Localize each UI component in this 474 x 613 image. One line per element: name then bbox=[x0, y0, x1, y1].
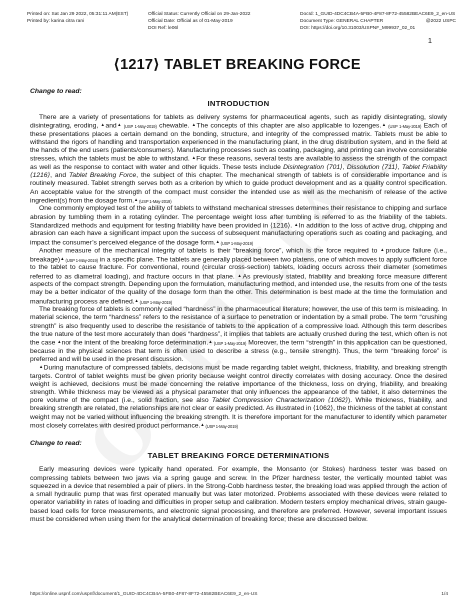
text-segment: The concepts of this chapter are also ap… bbox=[197, 123, 382, 130]
paragraph: There are a variety of presentations for… bbox=[30, 114, 447, 205]
printed-by-line: Printed by: karina citra rani bbox=[27, 18, 148, 25]
footer-url: https://online.uspnf.com/uspnf/document/… bbox=[30, 592, 257, 597]
document-body: Change to read:INTRODUCTIONThere are a v… bbox=[30, 88, 447, 524]
header-print-info: Printed on: Sat Jan 29 2022, 05:31:11 AM… bbox=[27, 11, 148, 46]
text-segment: and bbox=[105, 123, 116, 130]
page-number: 1 bbox=[300, 35, 456, 46]
text-segment: Tablet Breaking Force bbox=[69, 172, 136, 179]
footer-page-indicator: 1/4 bbox=[441, 592, 448, 597]
paragraph: Early measuring devices were typically h… bbox=[30, 466, 447, 524]
paragraph: ▲During manufacture of compressed tablet… bbox=[30, 364, 447, 430]
text-segment: , and bbox=[50, 172, 69, 179]
paragraph: The breaking force of tablets is commonl… bbox=[30, 306, 447, 364]
revision-citation: (USP 1-May-2019) bbox=[139, 299, 172, 304]
text-segment: Disintegration ⟨701⟩ bbox=[283, 164, 343, 171]
text-segment: Tablet Compression Characterization ⟨106… bbox=[212, 397, 348, 404]
official-date-line: Official Date: Official as of 01-May-201… bbox=[148, 18, 300, 25]
text-segment: Dissolution ⟨711⟩ bbox=[347, 164, 398, 171]
header-official-info: Official Status: Currently Official on 2… bbox=[148, 11, 300, 46]
section-heading: TABLET BREAKING FORCE DETERMINATIONS bbox=[30, 451, 447, 460]
revision-citation: (USP 1-May-2019) bbox=[387, 124, 422, 129]
doi-line: DOI: https://doi.org/10.31003/USPNF_M999… bbox=[300, 25, 456, 32]
revision-citation: (USP 1-May-2019) bbox=[213, 341, 247, 346]
section-heading: INTRODUCTION bbox=[30, 99, 447, 108]
text-segment: Another measure of the mechanical integr… bbox=[39, 248, 380, 255]
header-doc-info: DocId: 1_GUID-4DC4CB4A-5FB0-4F87-8F72-45… bbox=[300, 11, 456, 46]
chapter-title: ⟨1217⟩ TABLET BREAKING FORCE bbox=[0, 57, 474, 73]
paragraph: One commonly employed test of the abilit… bbox=[30, 205, 447, 247]
doc-type-row: Document Type: GENERAL CHAPTER @2022 USP… bbox=[300, 18, 456, 25]
revision-citation: (USP 1-May-2019) bbox=[220, 241, 253, 246]
revision-citation: (USP 1-May-2019) bbox=[138, 199, 171, 204]
change-note: Change to read: bbox=[30, 88, 447, 95]
copyright-label: @2022 USPC bbox=[426, 18, 456, 25]
doc-id-line: DocId: 1_GUID-4DC4CB4A-5FB0-4F87-8F72-45… bbox=[300, 11, 456, 18]
paragraph: Another measure of the mechanical integr… bbox=[30, 247, 447, 306]
official-status-line: Official Status: Currently Official on 2… bbox=[148, 11, 300, 18]
page-header: Printed on: Sat Jan 29 2022, 05:31:11 AM… bbox=[27, 11, 456, 46]
revision-citation: (USP 1-May-2019) bbox=[64, 258, 97, 263]
revision-citation: (USP 1-May-2019) bbox=[122, 124, 157, 129]
doi-ref-line: DOI Ref: le06l bbox=[148, 25, 300, 32]
text-segment: Early measuring devices were typically h… bbox=[30, 466, 447, 522]
change-note: Change to read: bbox=[30, 440, 447, 447]
text-segment: chewable. bbox=[157, 123, 192, 130]
text-segment: nor the intent of the breaking force det… bbox=[62, 339, 209, 346]
document-page: Printed on: Sat Jan 29 2022, 05:31:11 AM… bbox=[0, 0, 474, 613]
page-footer: https://online.uspnf.com/uspnf/document/… bbox=[30, 592, 448, 597]
doc-type-line: Document Type: GENERAL CHAPTER bbox=[300, 18, 383, 25]
printed-on-line: Printed on: Sat Jan 29 2022, 05:31:11 AM… bbox=[27, 11, 148, 18]
revision-citation: (USP 1-May-2019) bbox=[205, 424, 238, 429]
